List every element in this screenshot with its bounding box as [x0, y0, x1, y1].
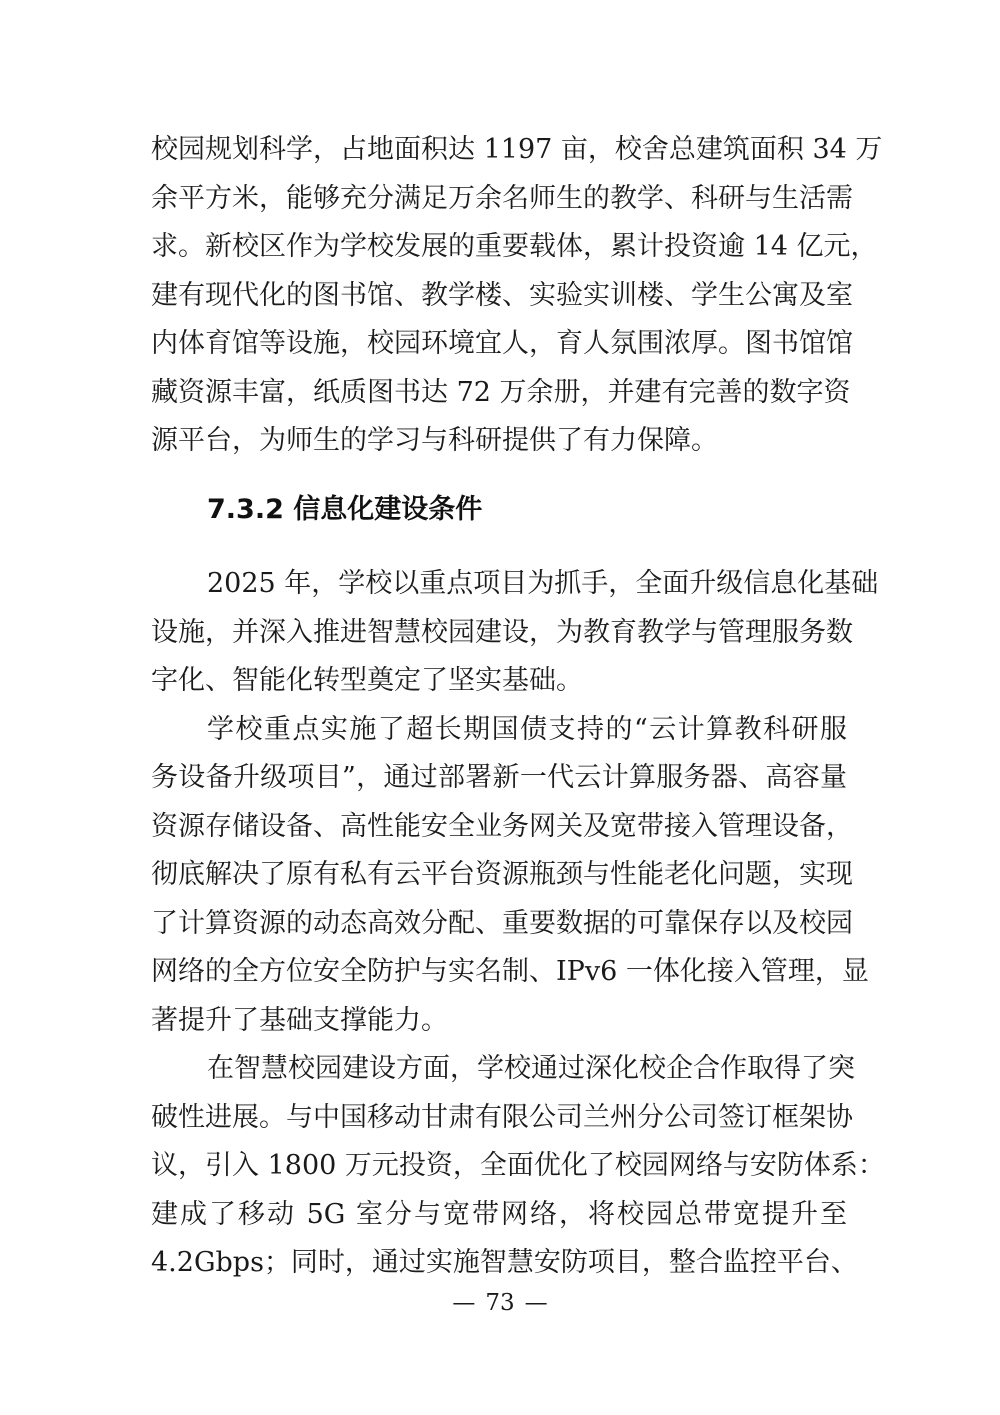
page-footer: —73—: [0, 1286, 1000, 1320]
paragraph-campus-facilities: 校园规划科学，占地面积达 1197 亩，校舍总建筑面积 34 万 余平方米，能够…: [151, 126, 847, 466]
document-page: 校园规划科学，占地面积达 1197 亩，校舍总建筑面积 34 万 余平方米，能够…: [0, 0, 1000, 1415]
text-line: 著提升了基础支撑能力。: [151, 997, 847, 1046]
page-number: 73: [485, 1290, 514, 1316]
text-line: 务设备升级项目”，通过部署新一代云计算服务器、高容量: [151, 754, 847, 803]
text-line: 资源存储设备、高性能安全业务网关及宽带接入管理设备，: [151, 803, 847, 852]
text-line: 校园规划科学，占地面积达 1197 亩，校舍总建筑面积 34 万: [151, 126, 847, 175]
text-line: 彻底解决了原有私有云平台资源瓶颈与性能老化问题，实现: [151, 851, 847, 900]
text-line: 了计算资源的动态高效分配、重要数据的可靠保存以及校园: [151, 900, 847, 949]
footer-dash-right: —: [525, 1286, 548, 1320]
text-line: 设施，并深入推进智慧校园建设，为教育教学与管理服务数: [151, 609, 847, 658]
text-line: 求。新校区作为学校发展的重要载体，累计投资逾 14 亿元，: [151, 223, 847, 272]
text-line: 建有现代化的图书馆、教学楼、实验实训楼、学生公寓及室: [151, 272, 847, 321]
text-line: 在智慧校园建设方面，学校通过深化校企合作取得了突: [151, 1045, 847, 1094]
text-line: 2025 年，学校以重点项目为抓手，全面升级信息化基础: [151, 560, 847, 609]
text-line: 源平台，为师生的学习与科研提供了有力保障。: [151, 417, 847, 466]
text-line: 议，引入 1800 万元投资，全面优化了校园网络与安防体系：: [151, 1142, 847, 1191]
text-line: 4.2Gbps；同时，通过实施智慧安防项目，整合监控平台、: [151, 1239, 847, 1288]
section-heading: 7.3.2 信息化建设条件: [207, 486, 482, 534]
text-line: 网络的全方位安全防护与实名制、IPv6 一体化接入管理，显: [151, 948, 847, 997]
text-line: 藏资源丰富，纸质图书达 72 万余册，并建有完善的数字资: [151, 369, 847, 418]
text-line: 破性进展。与中国移动甘肃有限公司兰州分公司签订框架协: [151, 1094, 847, 1143]
text-line: 学校重点实施了超长期国债支持的“云计算教科研服: [151, 706, 847, 755]
paragraph-cloud-computing-project: 学校重点实施了超长期国债支持的“云计算教科研服 务设备升级项目”，通过部署新一代…: [151, 706, 847, 1046]
footer-dash-left: —: [452, 1286, 475, 1320]
paragraph-smart-campus: 在智慧校园建设方面，学校通过深化校企合作取得了突 破性进展。与中国移动甘肃有限公…: [151, 1045, 847, 1288]
text-line: 建成了移动 5G 室分与宽带网络，将校园总带宽提升至: [151, 1191, 847, 1240]
paragraph-2025-overview: 2025 年，学校以重点项目为抓手，全面升级信息化基础 设施，并深入推进智慧校园…: [151, 560, 847, 706]
text-line: 字化、智能化转型奠定了坚实基础。: [151, 657, 847, 706]
text-line: 内体育馆等设施，校园环境宜人，育人氛围浓厚。图书馆馆: [151, 320, 847, 369]
text-line: 余平方米，能够充分满足万余名师生的教学、科研与生活需: [151, 175, 847, 224]
